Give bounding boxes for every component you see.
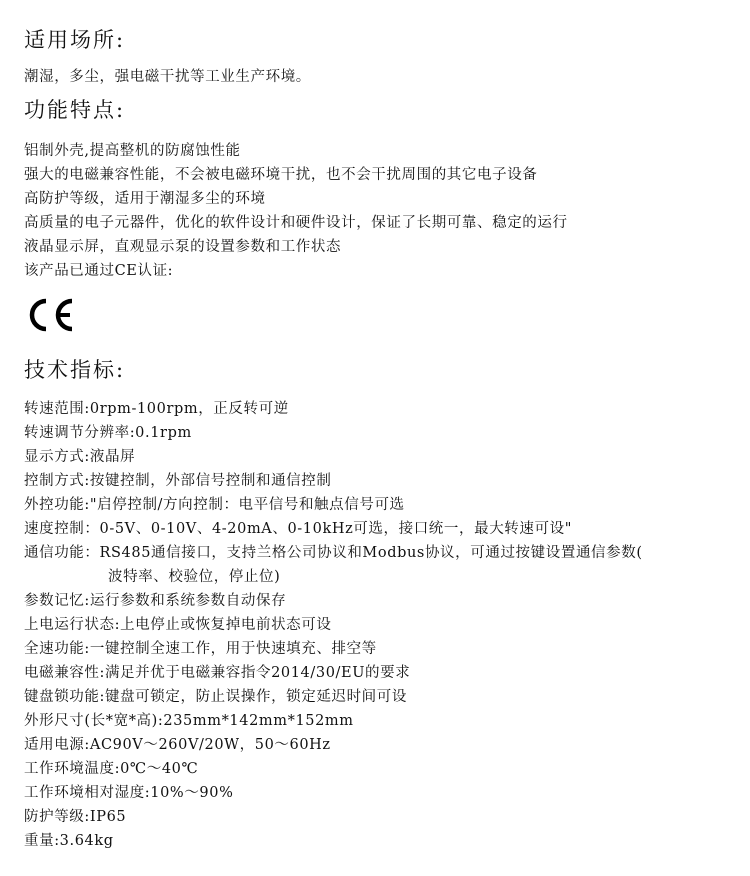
spec-item: 转速调节分辨率:0.1rpm xyxy=(24,424,192,442)
spec-item: 控制方式:按键控制，外部信号控制和通信控制 xyxy=(24,472,331,490)
spec-item: 速度控制：0-5V、0-10V、4-20mA、0-10kHz可选，接口统一，最大… xyxy=(24,520,572,538)
spec-item: 工作环境温度:0℃～40℃ xyxy=(24,760,198,778)
application-heading: 适用场所: xyxy=(24,28,125,52)
spec-item-continuation: 波特率、校验位，停止位) xyxy=(108,568,280,586)
spec-item: 防护等级:IP65 xyxy=(24,808,126,826)
feature-item: 强大的电磁兼容性能，不会被电磁环境干扰，也不会干扰周围的其它电子设备 xyxy=(24,166,537,184)
spec-item: 上电运行状态:上电停止或恢复掉电前状态可设 xyxy=(24,616,331,634)
feature-item-ce-certified: 该产品已通过CE认证: xyxy=(24,262,173,280)
spec-item: 显示方式:液晶屏 xyxy=(24,448,135,466)
spec-item: 通信功能：RS485通信接口，支持兰格公司协议和Modbus协议，可通过按键设置… xyxy=(24,544,643,562)
spec-item: 重量:3.64kg xyxy=(24,832,114,850)
spec-item: 键盘锁功能:键盘可锁定，防止误操作，锁定延迟时间可设 xyxy=(24,688,407,706)
ce-mark-icon xyxy=(26,297,78,333)
feature-item: 高防护等级，适用于潮湿多尘的环境 xyxy=(24,190,266,208)
feature-item: 铝制外壳,提高整机的防腐蚀性能 xyxy=(24,142,241,160)
spec-item: 外控功能:"启停控制/方向控制：电平信号和触点信号可选 xyxy=(24,496,405,514)
spec-item: 转速范围:0rpm-100rpm，正反转可逆 xyxy=(24,400,289,418)
spec-item: 电磁兼容性:满足并优于电磁兼容指令2014/30/EU的要求 xyxy=(24,664,410,682)
application-text: 潮湿，多尘，强电磁干扰等工业生产环境。 xyxy=(24,68,311,86)
feature-item: 液晶显示屏，直观显示泵的设置参数和工作状态 xyxy=(24,238,341,256)
features-heading: 功能特点: xyxy=(24,98,125,122)
spec-item: 全速功能:一键控制全速工作，用于快速填充、排空等 xyxy=(24,640,377,658)
feature-item: 高质量的电子元器件，优化的软件设计和硬件设计，保证了长期可靠、稳定的运行 xyxy=(24,214,568,232)
spec-item: 参数记忆:运行参数和系统参数自动保存 xyxy=(24,592,286,610)
spec-item: 适用电源:AC90V～260V/20W，50～60Hz xyxy=(24,736,331,754)
specs-heading: 技术指标: xyxy=(24,358,125,382)
spec-item: 工作环境相对湿度:10%～90% xyxy=(24,784,233,802)
spec-item: 外形尺寸(长*宽*高):235mm*142mm*152mm xyxy=(24,712,354,730)
